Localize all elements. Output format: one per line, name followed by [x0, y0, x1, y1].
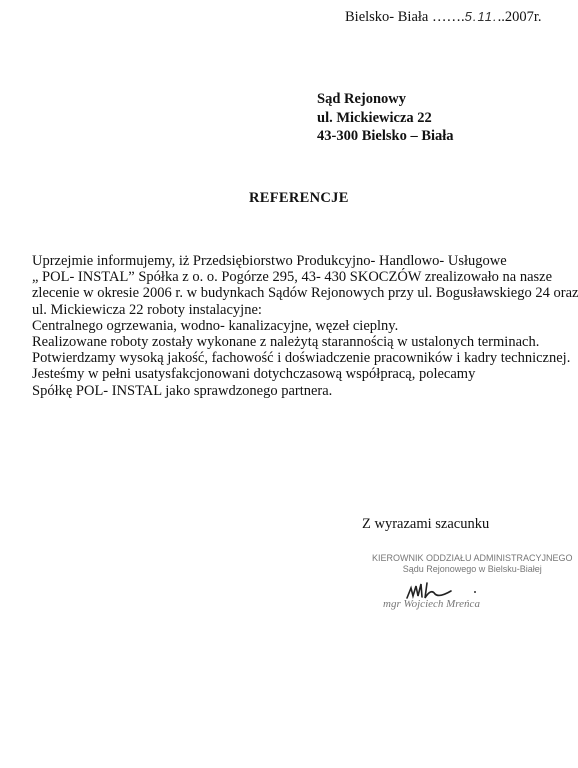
body-line: Potwierdzamy wysoką jakość, fachowość i …	[32, 350, 578, 366]
body-line: Spółkę POL- INSTAL jako sprawdzonego par…	[32, 383, 578, 399]
date-line: Bielsko- Biała …….5.11...2007r.	[345, 9, 541, 26]
date-year: 2007r.	[505, 9, 542, 25]
addressee-name: Sąd Rejonowy	[317, 90, 454, 109]
official-stamp: KIEROWNIK ODDZIAŁU ADMINISTRACYJNEGO Sąd…	[372, 553, 573, 575]
stamp-line-1: KIEROWNIK ODDZIAŁU ADMINISTRACYJNEGO	[372, 553, 573, 564]
closing-salutation: Z wyrazami szacunku	[362, 516, 489, 533]
body-line: Centralnego ogrzewania, wodno- kanalizac…	[32, 318, 578, 334]
date-dots: …….	[432, 9, 465, 25]
handwritten-date: 5.11.	[465, 9, 498, 24]
signer-name: mgr Wojciech Mreńca	[383, 598, 480, 610]
addressee-block: Sąd Rejonowy ul. Mickiewicza 22 43-300 B…	[317, 90, 454, 146]
body-line: Uprzejmie informujemy, iż Przedsiębiorst…	[32, 253, 578, 269]
body-text: Uprzejmie informujemy, iż Przedsiębiorst…	[32, 253, 578, 399]
date-dots-after: ..	[498, 9, 505, 25]
document-title: REFERENCJE	[249, 190, 349, 207]
body-line: „ POL- INSTAL” Spółka z o. o. Pogórze 29…	[32, 269, 578, 285]
body-line: Jesteśmy w pełni usatysfakcjonowani doty…	[32, 366, 578, 382]
body-line: Realizowane roboty zostały wykonane z na…	[32, 334, 578, 350]
body-line: zlecenie w okresie 2006 r. w budynkach S…	[32, 285, 578, 301]
addressee-city: 43-300 Bielsko – Biała	[317, 127, 454, 146]
city: Bielsko- Biała	[345, 9, 428, 25]
addressee-street: ul. Mickiewicza 22	[317, 109, 454, 128]
stamp-line-2: Sądu Rejonowego w Bielsku-Białej	[372, 564, 573, 575]
body-line: ul. Mickiewicza 22 roboty instalacyjne:	[32, 302, 578, 318]
